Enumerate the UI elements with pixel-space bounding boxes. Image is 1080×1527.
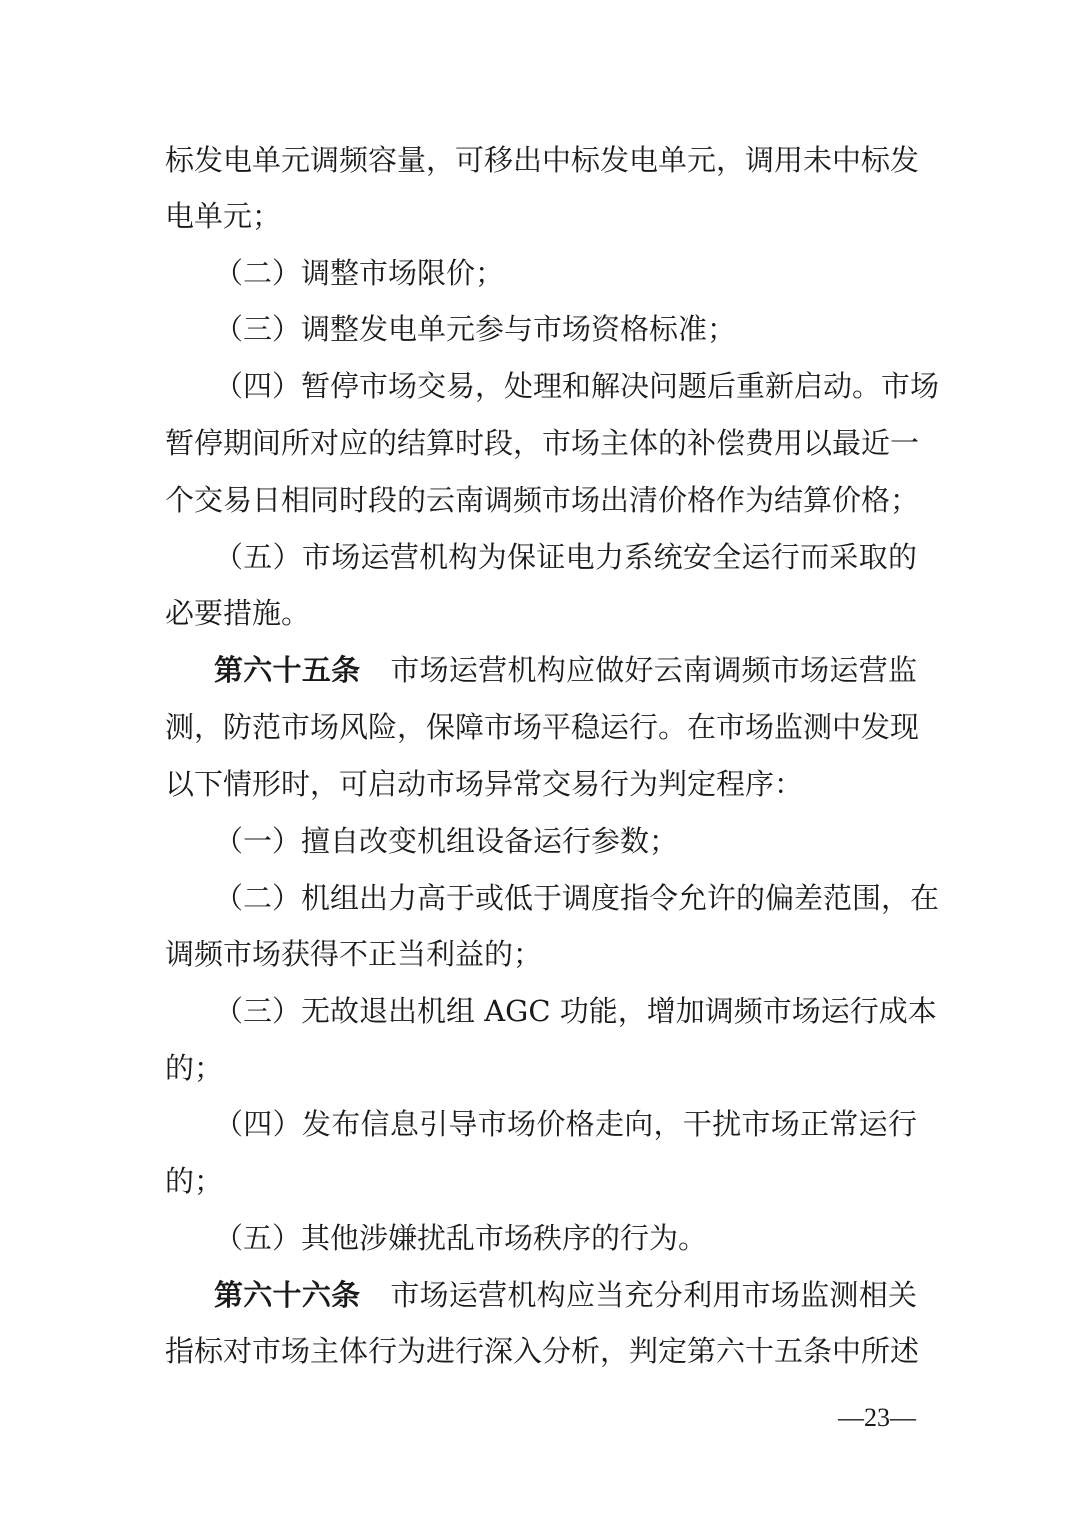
text-line-17: 的； [165, 1048, 917, 1088]
list-item-65-5: （五）其他涉嫌扰乱市场秩序的行为。 [214, 1218, 917, 1258]
text-line-11: 测，防范市场风险，保障市场平稳运行。在市场监测中发现 [165, 707, 917, 747]
article-66-text: 市场运营机构应当充分利用市场监测相关 [390, 1278, 917, 1312]
list-item-5-necessary-measures: （五）市场运营机构为保证电力系统安全运行而采取的 [214, 537, 917, 577]
page-number: —23— [838, 1400, 916, 1436]
list-item-3-adjust-eligibility: （三）调整发电单元参与市场资格标准； [214, 309, 917, 349]
document-page: 标发电单元调频容量，可移出中标发电单元，调用未中标发 电单元； （二）调整市场限… [0, 0, 1080, 1527]
text-line-2: 电单元； [165, 196, 917, 236]
article-66-line: 第六十六条市场运营机构应当充分利用市场监测相关 [214, 1275, 917, 1315]
text-line-6: 暂停期间所对应的结算时段，市场主体的补偿费用以最近一 [165, 423, 917, 463]
text-line-12: 以下情形时，可启动市场异常交易行为判定程序： [165, 764, 917, 804]
list-item-65-2: （二）机组出力高于或低于调度指令允许的偏差范围，在 [214, 878, 917, 918]
list-item-65-1: （一）擅自改变机组设备运行参数； [214, 821, 917, 861]
list-item-2-adjust-price-limit: （二）调整市场限价； [214, 253, 917, 293]
article-65-line: 第六十五条市场运营机构应做好云南调频市场运营监 [214, 650, 917, 690]
article-66-heading: 第六十六条 [214, 1278, 360, 1312]
article-65-text: 市场运营机构应做好云南调频市场运营监 [390, 653, 917, 687]
text-line-9: 必要措施。 [165, 593, 917, 633]
article-65-heading: 第六十五条 [214, 653, 360, 687]
text-line-19: 的； [165, 1161, 917, 1201]
list-item-65-3: （三）无故退出机组 AGC 功能，增加调频市场运行成本 [214, 991, 917, 1031]
list-item-4-suspend-trading: （四）暂停市场交易，处理和解决问题后重新启动。市场 [214, 366, 917, 406]
list-item-65-4: （四）发布信息引导市场价格走向，干扰市场正常运行 [214, 1104, 917, 1144]
text-line-22: 指标对市场主体行为进行深入分析，判定第六十五条中所述 [165, 1331, 917, 1371]
text-line-7: 个交易日相同时段的云南调频市场出清价格作为结算价格； [165, 480, 917, 520]
text-line-15: 调频市场获得不正当利益的； [165, 934, 917, 974]
text-line-1: 标发电单元调频容量，可移出中标发电单元，调用未中标发 [165, 140, 917, 180]
